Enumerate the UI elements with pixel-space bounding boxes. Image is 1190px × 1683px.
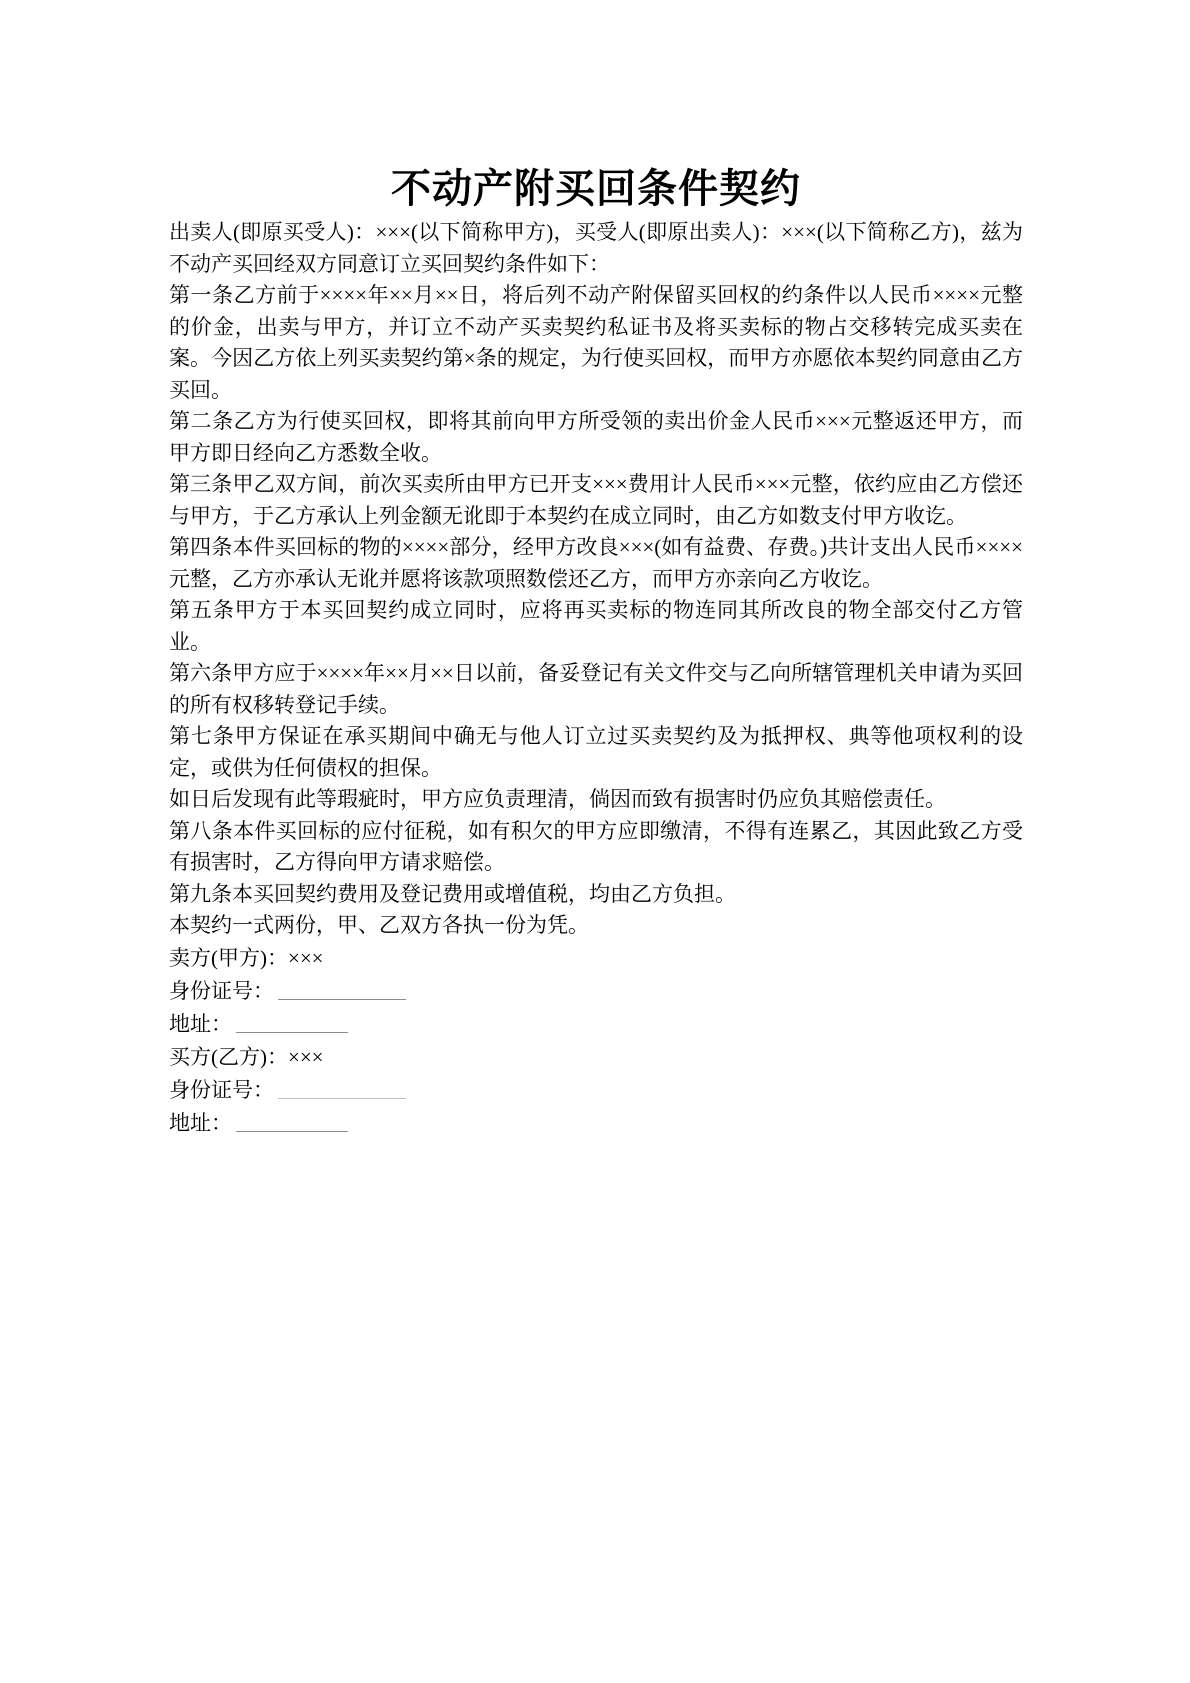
seller-address-label: 地址： bbox=[169, 1012, 232, 1036]
buyer-address-label: 地址： bbox=[169, 1111, 232, 1135]
seller-address-line: 地址： bbox=[169, 1008, 1023, 1041]
clause-8: 第八条本件买回标的应付征税，如有积欠的甲方应即缴清，不得有连累乙，其因此致乙方受… bbox=[169, 816, 1023, 879]
seller-id-label: 身份证号： bbox=[169, 979, 274, 1003]
clause-7-note: 如日后发现有此等瑕疵时，甲方应负责理清，倘因而致有损害时仍应负其赔偿责任。 bbox=[169, 784, 1023, 816]
clause-6: 第六条甲方应于××××年××月××日以前，备妥登记有关文件交与乙向所辖管理机关申… bbox=[169, 658, 1023, 721]
blank-underline bbox=[278, 997, 406, 1000]
seller-party-label: 卖方(甲方)：××× bbox=[169, 946, 324, 970]
blank-underline bbox=[236, 1030, 348, 1033]
signature-block: 卖方(甲方)：××× 身份证号： 地址： 买方(乙方)：××× 身份证号： 地址… bbox=[169, 942, 1023, 1140]
contract-page: 不动产附买回条件契约 出卖人(即原买受人)：×××(以下简称甲方)，买受人(即原… bbox=[0, 0, 1190, 1683]
paragraph-intro: 出卖人(即原买受人)：×××(以下简称甲方)，买受人(即原出卖人)：×××(以下… bbox=[169, 217, 1023, 280]
copies-statement: 本契约一式两份，甲、乙双方各执一份为凭。 bbox=[169, 910, 1023, 942]
contract-title: 不动产附买回条件契约 bbox=[169, 166, 1023, 212]
clause-5: 第五条甲方于本买回契约成立同时，应将再买卖标的物连同其所改良的物全部交付乙方管业… bbox=[169, 595, 1023, 658]
clause-3: 第三条甲乙双方间，前次买卖所由甲方已开支×××费用计人民币×××元整，依约应由乙… bbox=[169, 469, 1023, 532]
clause-7: 第七条甲方保证在承买期间中确无与他人订立过买卖契约及为抵押权、典等他项权利的设定… bbox=[169, 721, 1023, 784]
clause-1: 第一条乙方前于××××年××月××日，将后列不动产附保留买回权的约条件以人民币×… bbox=[169, 280, 1023, 406]
blank-underline bbox=[278, 1096, 406, 1099]
contract-content: 不动产附买回条件契约 出卖人(即原买受人)：×××(以下简称甲方)，买受人(即原… bbox=[169, 0, 1023, 1140]
buyer-address-line: 地址： bbox=[169, 1107, 1023, 1140]
seller-party-line: 卖方(甲方)：××× bbox=[169, 942, 1023, 975]
blank-underline bbox=[236, 1129, 348, 1132]
buyer-id-label: 身份证号： bbox=[169, 1078, 274, 1102]
clause-2: 第二条乙方为行使买回权，即将其前向甲方所受领的卖出价金人民币×××元整返还甲方，… bbox=[169, 406, 1023, 469]
clause-9: 第九条本买回契约费用及登记费用或增值税，均由乙方负担。 bbox=[169, 879, 1023, 911]
clause-4: 第四条本件买回标的物的××××部分，经甲方改良×××(如有益费、存费。)共计支出… bbox=[169, 532, 1023, 595]
buyer-id-line: 身份证号： bbox=[169, 1074, 1023, 1107]
buyer-party-line: 买方(乙方)：××× bbox=[169, 1041, 1023, 1074]
seller-id-line: 身份证号： bbox=[169, 975, 1023, 1008]
buyer-party-label: 买方(乙方)：××× bbox=[169, 1045, 324, 1069]
